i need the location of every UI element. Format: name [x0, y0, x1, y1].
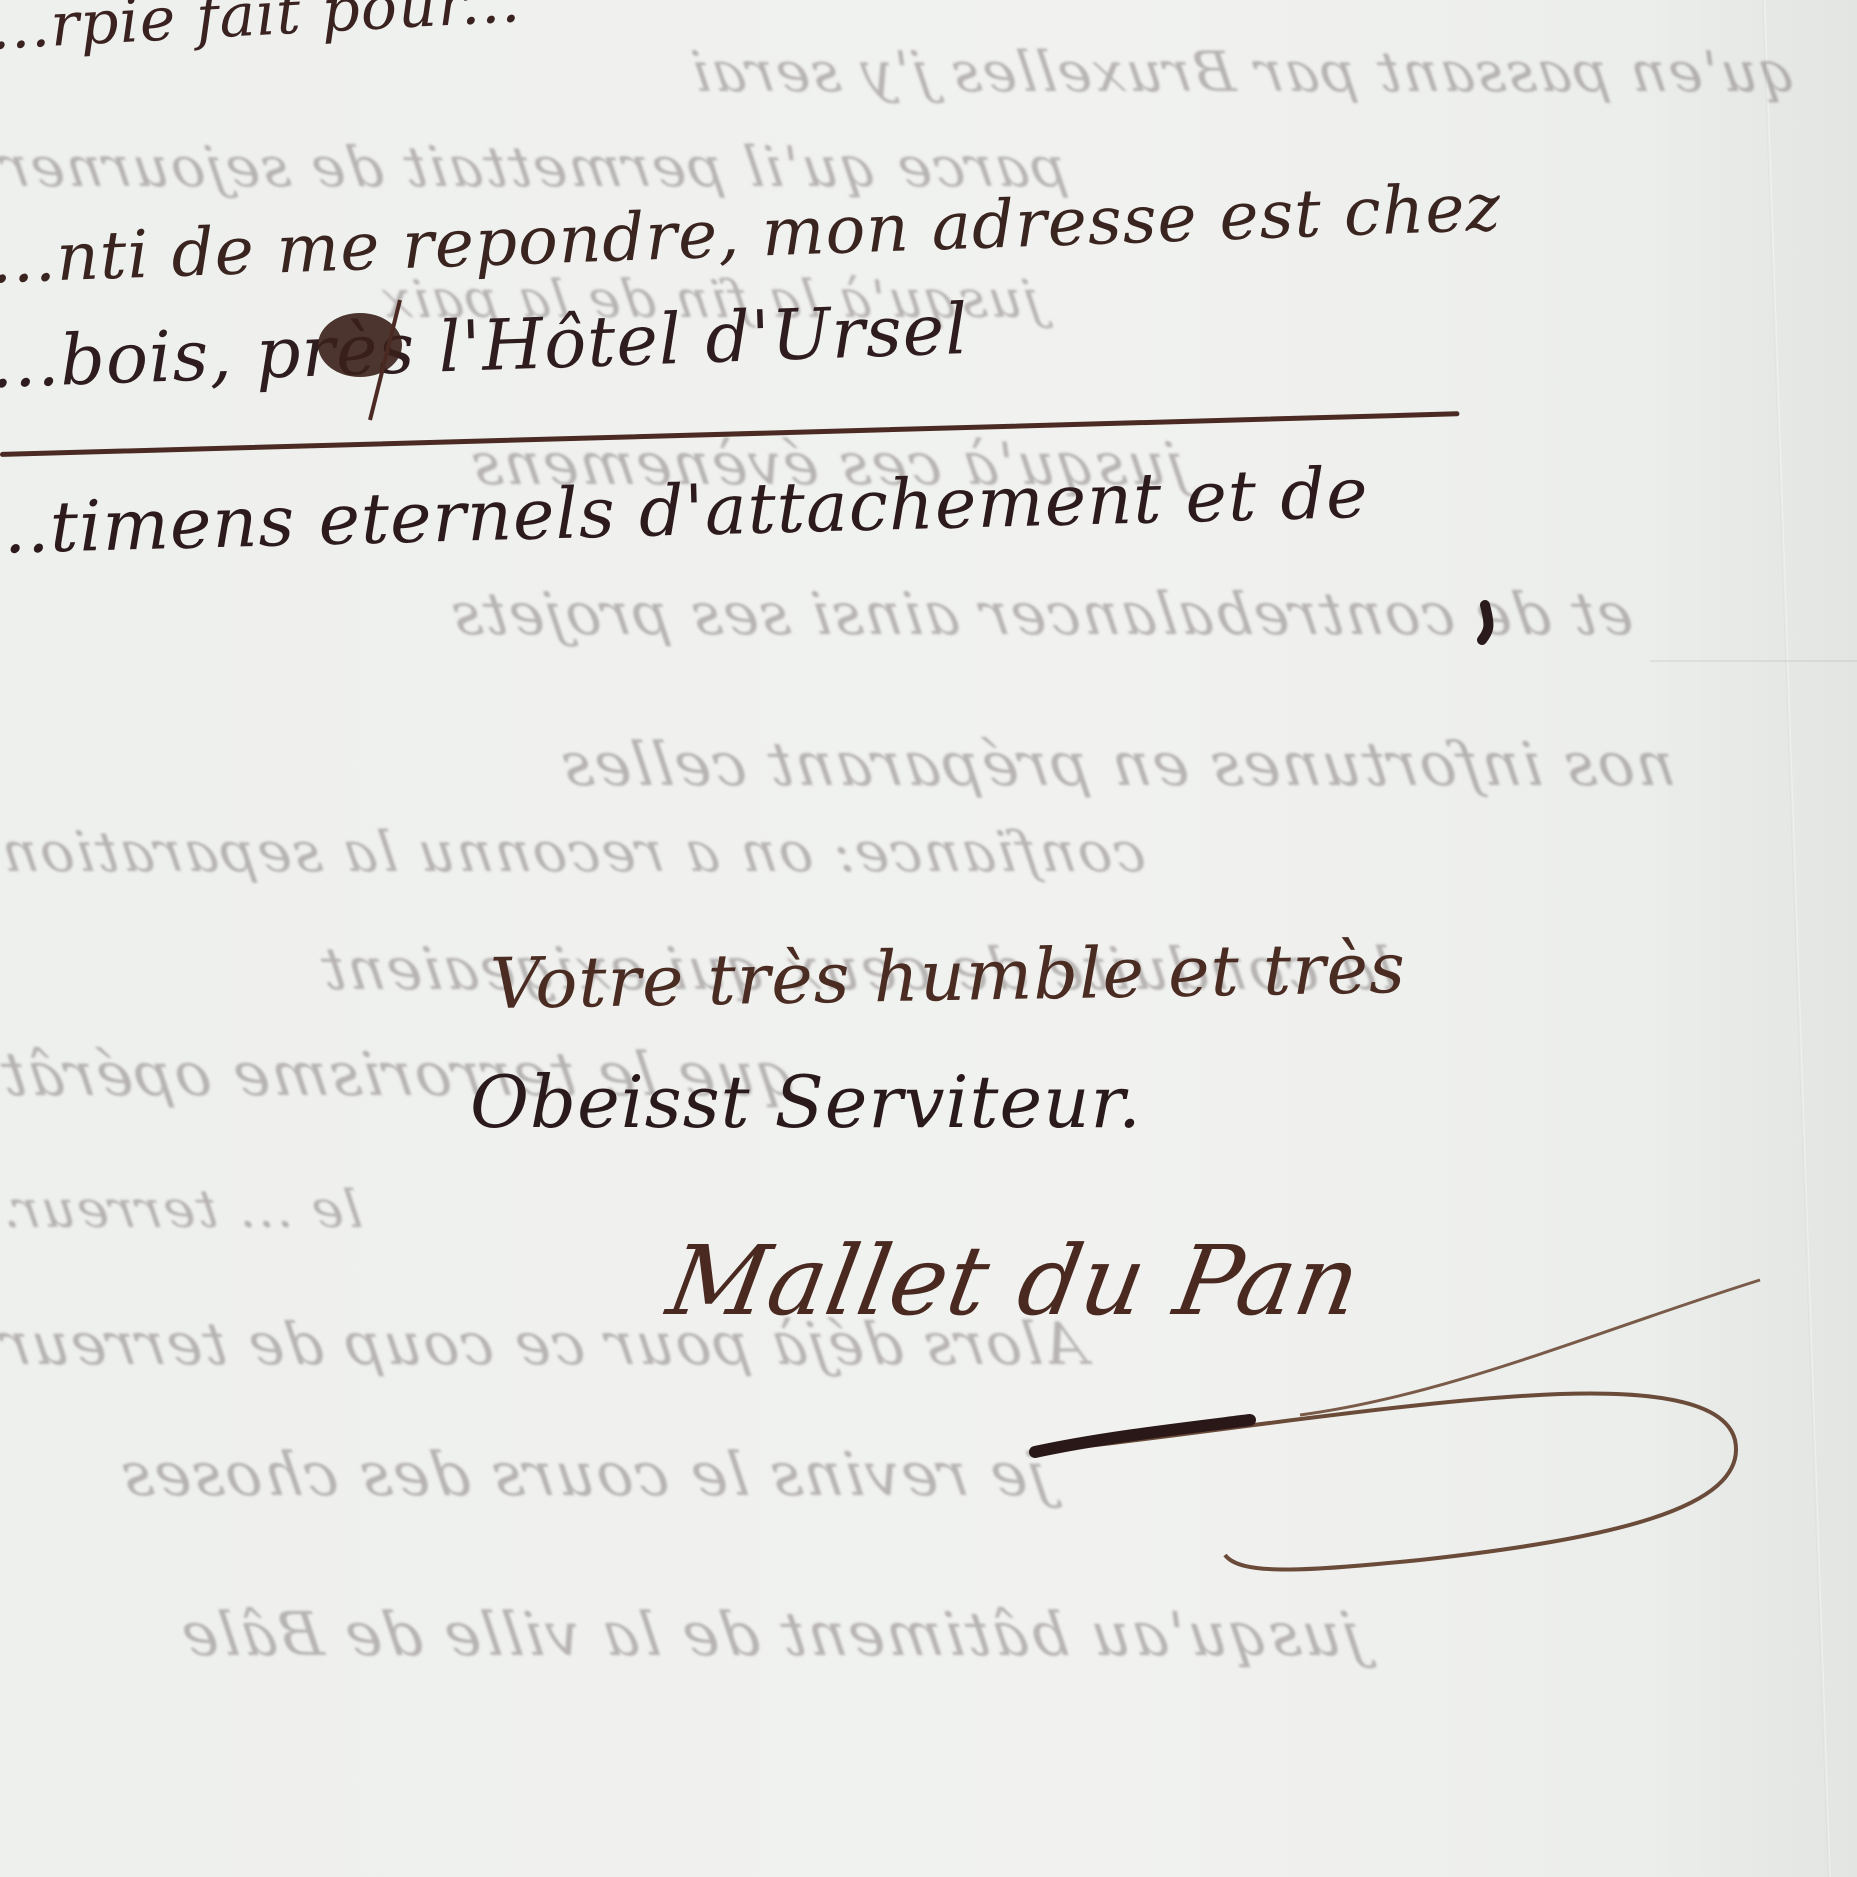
letter-page: qu'en passant par Bruxelles j'y serai pa…: [0, 0, 1857, 1877]
signature-flourish: [0, 0, 1857, 1877]
